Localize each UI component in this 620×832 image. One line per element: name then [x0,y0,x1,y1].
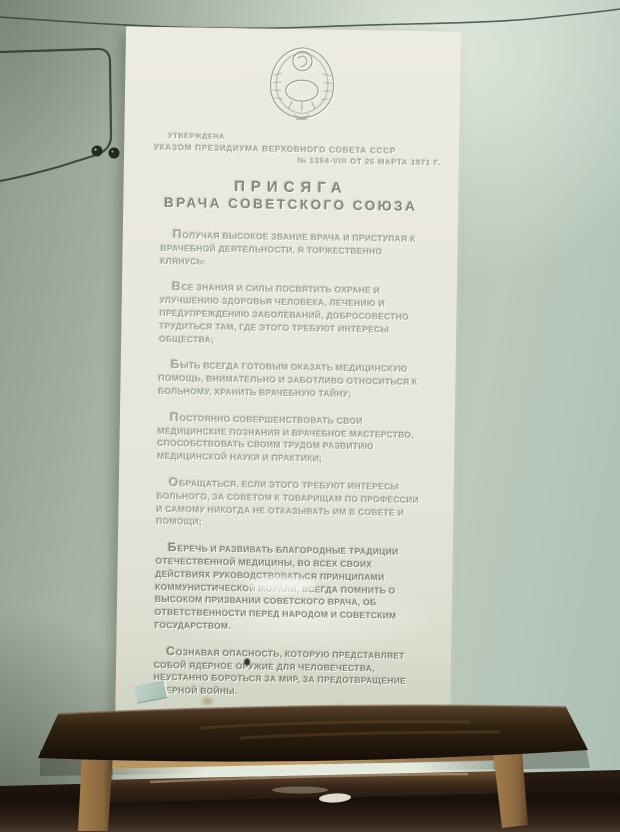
cable-left-loop [0,49,111,181]
oath-paragraph: Все знания и силы посвятить охране и улу… [159,280,430,349]
hallway-photo: Утверждена Указом Президиума Верховного … [0,0,620,832]
oath-paragraph: Быть всегда готовым оказать медицинскую … [158,358,429,402]
cable-clip-icon [109,148,120,159]
cable-top-run [0,9,620,28]
oath-text: Получая высокое звание врача и приступая… [153,228,430,701]
oath-paragraph: Обращаться, если этого требуют интересы … [156,476,427,532]
oath-paragraph: Постоянно совершенствовать свои медицинс… [157,411,428,467]
bench-and-floor [0,690,620,832]
rail-reflection [272,787,328,794]
bench-left-leg [78,754,113,831]
plaque-title: Присяга врача Советского Союза [123,176,458,215]
clip-highlight [94,148,97,151]
cable-clip-icon [92,146,103,157]
clip-highlight [111,150,113,152]
oath-plaque: Утверждена Указом Президиума Верховного … [115,26,461,729]
oath-paragraph: Получая высокое звание врача и приступая… [160,228,431,272]
ussr-emblem-icon [251,40,352,129]
approval-block: Утверждена Указом Президиума Верховного … [124,130,459,168]
